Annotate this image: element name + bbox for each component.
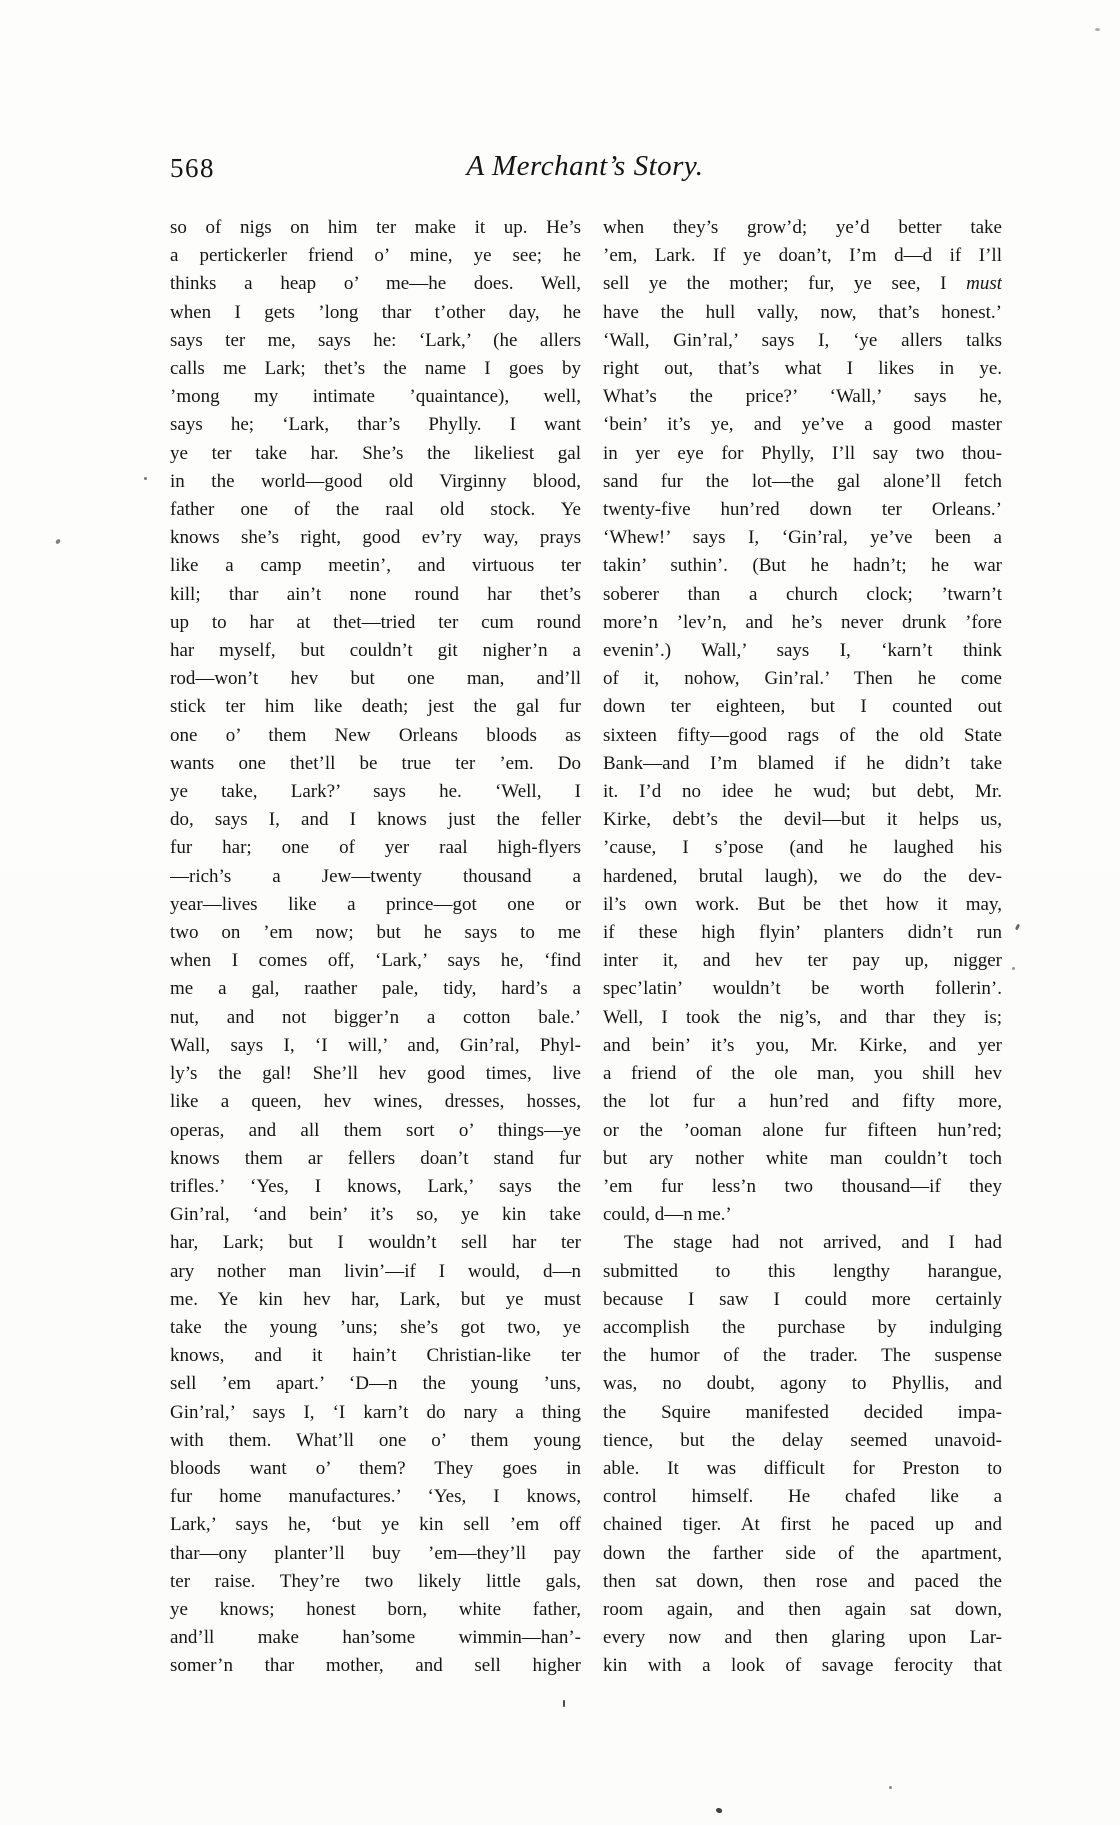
text-line: sixteen fifty—good rags of the old State xyxy=(603,722,1002,750)
text-line: hardened, brutal laugh), we do the dev- xyxy=(603,863,1002,891)
text-line: rod—won’t hev but one man, and’ll xyxy=(170,665,581,693)
text-line: takin’ suthin’. (But he hadn’t; he war xyxy=(603,552,1002,580)
text-line: har, Lark; but I wouldn’t sell har ter xyxy=(170,1229,581,1257)
text-line: trifles.’ ‘Yes, I knows, Lark,’ says the xyxy=(170,1173,581,1201)
text-line: ly’s the gal! She’ll hev good times, liv… xyxy=(170,1060,581,1088)
text-line: Well, I took the nig’s, and thar they is… xyxy=(603,1004,1002,1032)
running-title: A Merchant’s Story. xyxy=(170,150,1000,183)
text-line: could, d—n me.’ xyxy=(603,1201,1002,1229)
text-line: ‘bein’ it’s ye, and ye’ve a good master xyxy=(603,411,1002,439)
text-line: tience, but the delay seemed unavoid- xyxy=(603,1427,1002,1455)
text-line: me. Ye kin hev har, Lark, but ye must xyxy=(170,1286,581,1314)
text-line: ary nother man livin’—if I would, d—n xyxy=(170,1258,581,1286)
text-line: —rich’s a Jew—twenty thousand a xyxy=(170,863,581,891)
text-line: down the farther side of the apartment, xyxy=(603,1540,1002,1568)
text-line: il’s own work. But be thet how it may, xyxy=(603,891,1002,919)
text-line: have the hull vally, now, that’s honest.… xyxy=(603,299,1002,327)
text-line: but ary nother white man couldn’t toch xyxy=(603,1145,1002,1173)
text-line: right out, that’s what I likes in ye. xyxy=(603,355,1002,383)
text-line: soberer than a church clock; ’twarn’t xyxy=(603,581,1002,609)
text-line: father one of the raal old stock. Ye xyxy=(170,496,581,524)
text-line: har myself, but couldn’t git nigher’n a xyxy=(170,637,581,665)
text-line: kill; thar ain’t none round har thet’s xyxy=(170,581,581,609)
text-line: was, no doubt, agony to Phyllis, and xyxy=(603,1370,1002,1398)
scan-speck xyxy=(1015,924,1020,931)
text-line: ‘Whew!’ says I, ‘Gin’ral, ye’ve been a xyxy=(603,524,1002,552)
text-line: stick ter him like death; jest the gal f… xyxy=(170,693,581,721)
text-line: fur har; one of yer raal high-flyers xyxy=(170,834,581,862)
text-line: sell ’em apart.’ ‘D—n the young ’uns, xyxy=(170,1370,581,1398)
text-line: ter raise. They’re two likely little gal… xyxy=(170,1568,581,1596)
text-line: and bein’ it’s you, Mr. Kirke, and yer xyxy=(603,1032,1002,1060)
scan-speck xyxy=(889,1786,892,1789)
text-line: inter it, and hev ter pay up, nigger xyxy=(603,947,1002,975)
text-line: bloods want o’ them? They goes in xyxy=(170,1455,581,1483)
text-line: knows she’s right, good ev’ry way, prays xyxy=(170,524,581,552)
text-line: ’cause, I s’pose (and he laughed his xyxy=(603,834,1002,862)
text-line: it. I’d no idee he wud; but debt, Mr. xyxy=(603,778,1002,806)
text-line: ye ter take har. She’s the likeliest gal xyxy=(170,440,581,468)
text-line: submitted to this lengthy harangue, xyxy=(603,1258,1002,1286)
text-line: like a queen, hev wines, dresses, hosses… xyxy=(170,1088,581,1116)
text-line: says ter me, says he: ‘Lark,’ (he allers xyxy=(170,327,581,355)
text-line: ’mong my intimate ’quaintance), well, xyxy=(170,383,581,411)
text-line: every now and then glaring upon Lar- xyxy=(603,1624,1002,1652)
text-line: knows, and it hain’t Christian-like ter xyxy=(170,1342,581,1370)
text-line: when they’s grow’d; ye’d better take xyxy=(603,214,1002,242)
text-line: because I saw I could more certainly xyxy=(603,1286,1002,1314)
text-line: wants one thet’ll be true ter ’em. Do xyxy=(170,750,581,778)
right-column: when they’s grow’d; ye’d better take’em,… xyxy=(603,214,1002,1681)
text-line: Gin’ral,’ says I, ‘I karn’t do nary a th… xyxy=(170,1399,581,1427)
text-line: with them. What’ll one o’ them young xyxy=(170,1427,581,1455)
text-line: in the world—good old Virginny blood, xyxy=(170,468,581,496)
text-line: the humor of the trader. The suspense xyxy=(603,1342,1002,1370)
text-line: says he; ‘Lark, thar’s Phylly. I want xyxy=(170,411,581,439)
text-line: when I comes off, ‘Lark,’ says he, ‘find xyxy=(170,947,581,975)
text-line: then sat down, then rose and paced the xyxy=(603,1568,1002,1596)
text-line: when I gets ’long thar t’other day, he xyxy=(170,299,581,327)
scan-speck xyxy=(55,538,60,544)
text-line: room again, and then again sat down, xyxy=(603,1596,1002,1624)
text-line: if these high flyin’ planters didn’t run xyxy=(603,919,1002,947)
text-line: of it, nohow, Gin’ral.’ Then he come xyxy=(603,665,1002,693)
text-line: two on ’em now; but he says to me xyxy=(170,919,581,947)
text-line: do, says I, and I knows just the feller xyxy=(170,806,581,834)
text-line: Kirke, debt’s the devil—but it helps us, xyxy=(603,806,1002,834)
text-line: Lark,’ says he, ‘but ye kin sell ’em off xyxy=(170,1511,581,1539)
text-line: one o’ them New Orleans bloods as xyxy=(170,722,581,750)
text-line: nut, and not bigger’n a cotton bale.’ xyxy=(170,1004,581,1032)
text-line: What’s the price?’ ‘Wall,’ says he, xyxy=(603,383,1002,411)
text-line: kin with a look of savage ferocity that xyxy=(603,1652,1002,1680)
text-line: Wall, says I, ‘I will,’ and, Gin’ral, Ph… xyxy=(170,1032,581,1060)
text-line: control himself. He chafed like a xyxy=(603,1483,1002,1511)
text-line: evenin’.) Wall,’ says I, ‘karn’t think xyxy=(603,637,1002,665)
text-line: able. It was difficult for Preston to xyxy=(603,1455,1002,1483)
text-line: ye knows; honest born, white father, xyxy=(170,1596,581,1624)
text-line: sand fur the lot—the gal alone’ll fetch xyxy=(603,468,1002,496)
text-line: a pertickerler friend o’ mine, ye see; h… xyxy=(170,242,581,270)
left-column: so of nigs on him ter make it up. He’sa … xyxy=(170,214,581,1681)
text-line: fur home manufactures.’ ‘Yes, I knows, xyxy=(170,1483,581,1511)
text-line: thar—ony planter’ll buy ’em—they’ll pay xyxy=(170,1540,581,1568)
text-line: knows them ar fellers doan’t stand fur xyxy=(170,1145,581,1173)
text-line: twenty-five hun’red down ter Orleans.’ xyxy=(603,496,1002,524)
text-line: and’ll make han’some wimmin—han’- xyxy=(170,1624,581,1652)
scan-speck xyxy=(563,1700,565,1707)
text-line: up to har at thet—tried ter cum round xyxy=(170,609,581,637)
text-line: me a gal, raather pale, tidy, hard’s a xyxy=(170,975,581,1003)
text-line: more’n ’lev’n, and he’s never drunk ’for… xyxy=(603,609,1002,637)
text-columns: so of nigs on him ter make it up. He’sa … xyxy=(170,214,1002,1681)
text-line: a friend of the ole man, you shill hev xyxy=(603,1060,1002,1088)
text-line: spec’latin’ wouldn’t be worth follerin’. xyxy=(603,975,1002,1003)
text-line: Gin’ral, ‘and bein’ it’s so, ye kin take xyxy=(170,1201,581,1229)
book-page-scan: 568 A Merchant’s Story. so of nigs on hi… xyxy=(0,0,1120,1825)
text-line: the lot fur a hun’red and fifty more, xyxy=(603,1088,1002,1116)
text-line: or the ’ooman alone fur fifteen hun’red; xyxy=(603,1117,1002,1145)
text-line: down ter eighteen, but I counted out xyxy=(603,693,1002,721)
scan-speck xyxy=(1095,28,1100,31)
text-line: the Squire manifested decided impa- xyxy=(603,1399,1002,1427)
text-line: ‘Wall, Gin’ral,’ says I, ‘ye allers talk… xyxy=(603,327,1002,355)
text-line: ’em, Lark. If ye doan’t, I’m d—d if I’ll xyxy=(603,242,1002,270)
text-line: operas, and all them sort o’ things—ye xyxy=(170,1117,581,1145)
text-line: sell ye the mother; fur, ye see, I must xyxy=(603,270,1002,298)
text-line: take the young ’uns; she’s got two, ye xyxy=(170,1314,581,1342)
text-line: ’em fur less’n two thousand—if they xyxy=(603,1173,1002,1201)
text-line: Bank—and I’m blamed if he didn’t take xyxy=(603,750,1002,778)
text-line: chained tiger. At first he paced up and xyxy=(603,1511,1002,1539)
text-line: somer’n thar mother, and sell higher xyxy=(170,1652,581,1680)
text-line: accomplish the purchase by indulging xyxy=(603,1314,1002,1342)
text-line: in yer eye for Phylly, I’ll say two thou… xyxy=(603,440,1002,468)
scan-speck xyxy=(716,1808,722,1813)
text-line: The stage had not arrived, and I had xyxy=(603,1229,1002,1257)
scan-speck xyxy=(1012,967,1015,970)
text-line: ye take, Lark?’ says he. ‘Well, I xyxy=(170,778,581,806)
text-line: calls me Lark; thet’s the name I goes by xyxy=(170,355,581,383)
scan-speck xyxy=(144,477,147,480)
text-line: so of nigs on him ter make it up. He’s xyxy=(170,214,581,242)
text-line: year—lives like a prince—got one or xyxy=(170,891,581,919)
text-line: thinks a heap o’ me—he does. Well, xyxy=(170,270,581,298)
text-line: like a camp meetin’, and virtuous ter xyxy=(170,552,581,580)
